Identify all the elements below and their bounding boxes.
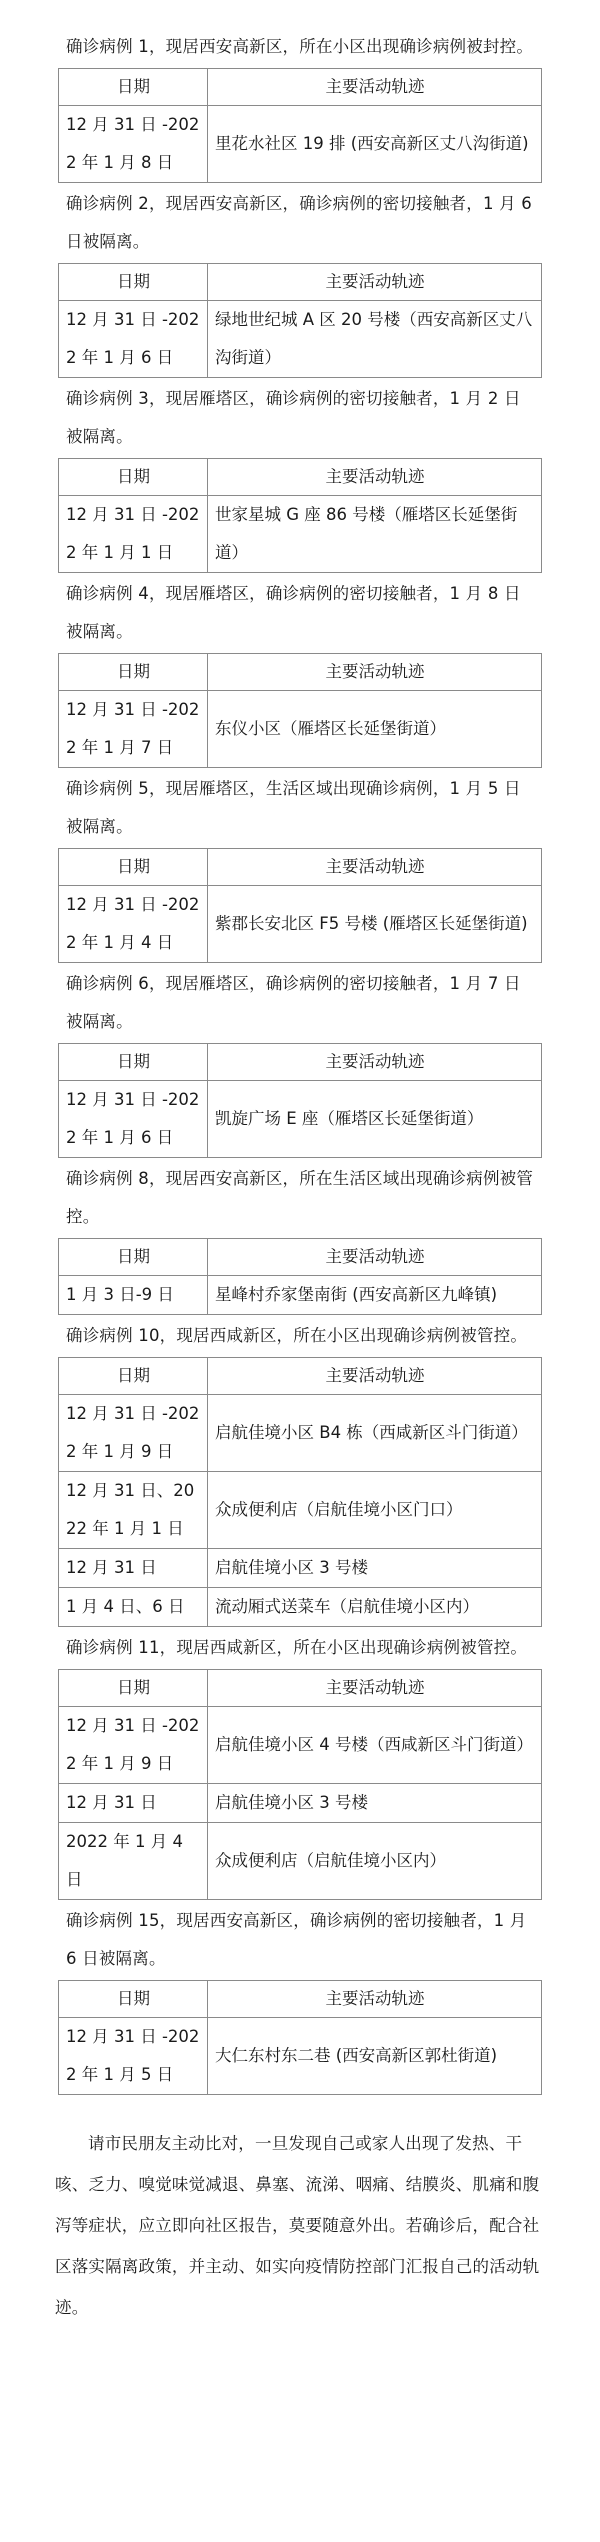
date-cell: 12 月 31 日 -2022 年 1 月 6 日	[59, 1081, 208, 1158]
table-row: 12 月 31 日 -2022 年 1 月 6 日 凯旋广场 E 座（雁塔区长延…	[59, 1081, 542, 1158]
track-column-header: 主要活动轨迹	[208, 69, 542, 106]
activity-table: 日期 主要活动轨迹 12 月 31 日 -2022 年 1 月 6 日 凯旋广场…	[58, 1043, 542, 1158]
case-intro: 确诊病例 6，现居雁塔区，确诊病例的密切接触者，1 月 7 日被隔离。	[66, 965, 534, 1041]
activity-table: 日期 主要活动轨迹 12 月 31 日 -2022 年 1 月 1 日 世家星城…	[58, 458, 542, 573]
table-header-row: 日期 主要活动轨迹	[59, 849, 542, 886]
activity-table: 日期 主要活动轨迹 12 月 31 日 -2022 年 1 月 5 日 大仁东村…	[58, 1980, 542, 2095]
case-section: 确诊病例 15，现居西安高新区，确诊病例的密切接触者，1 月 6 日被隔离。 日…	[0, 1902, 600, 2095]
table-row: 1 月 3 日-9 日 星峰村乔家堡南街 (西安高新区九峰镇)	[59, 1276, 542, 1315]
table-row: 12 月 31 日 -2022 年 1 月 6 日 绿地世纪城 A 区 20 号…	[59, 301, 542, 378]
activity-table: 日期 主要活动轨迹 12 月 31 日 -2022 年 1 月 9 日 启航佳境…	[58, 1357, 542, 1627]
location-cell: 星峰村乔家堡南街 (西安高新区九峰镇)	[208, 1276, 542, 1315]
location-cell: 启航佳境小区 3 号楼	[208, 1549, 542, 1588]
location-cell: 大仁东村东二巷 (西安高新区郭杜街道)	[208, 2018, 542, 2095]
case-intro: 确诊病例 1，现居西安高新区，所在小区出现确诊病例被封控。	[66, 28, 534, 66]
case-section: 确诊病例 6，现居雁塔区，确诊病例的密切接触者，1 月 7 日被隔离。 日期 主…	[0, 965, 600, 1158]
case-intro: 确诊病例 4，现居雁塔区，确诊病例的密切接触者，1 月 8 日被隔离。	[66, 575, 534, 651]
table-header-row: 日期 主要活动轨迹	[59, 1981, 542, 2018]
table-header-row: 日期 主要活动轨迹	[59, 1044, 542, 1081]
date-column-header: 日期	[59, 1239, 208, 1276]
table-row: 12 月 31 日 启航佳境小区 3 号楼	[59, 1549, 542, 1588]
track-column-header: 主要活动轨迹	[208, 1981, 542, 2018]
date-cell: 12 月 31 日 -2022 年 1 月 5 日	[59, 2018, 208, 2095]
activity-table: 日期 主要活动轨迹 12 月 31 日 -2022 年 1 月 7 日 东仪小区…	[58, 653, 542, 768]
location-cell: 流动厢式送菜车（启航佳境小区内）	[208, 1588, 542, 1627]
track-column-header: 主要活动轨迹	[208, 849, 542, 886]
table-row: 12 月 31 日、2022 年 1 月 1 日 众成便利店（启航佳境小区门口）	[59, 1472, 542, 1549]
case-intro: 确诊病例 3，现居雁塔区，确诊病例的密切接触者，1 月 2 日被隔离。	[66, 380, 534, 456]
date-cell: 12 月 31 日 -2022 年 1 月 7 日	[59, 691, 208, 768]
table-row: 12 月 31 日 -2022 年 1 月 8 日 里花水社区 19 排 (西安…	[59, 106, 542, 183]
location-cell: 里花水社区 19 排 (西安高新区丈八沟街道)	[208, 106, 542, 183]
table-row: 12 月 31 日 -2022 年 1 月 4 日 紫郡长安北区 F5 号楼 (…	[59, 886, 542, 963]
activity-table: 日期 主要活动轨迹 12 月 31 日 -2022 年 1 月 4 日 紫郡长安…	[58, 848, 542, 963]
date-cell: 1 月 3 日-9 日	[59, 1276, 208, 1315]
table-row: 1 月 4 日、6 日 流动厢式送菜车（启航佳境小区内）	[59, 1588, 542, 1627]
date-cell: 12 月 31 日 -2022 年 1 月 9 日	[59, 1707, 208, 1784]
track-column-header: 主要活动轨迹	[208, 264, 542, 301]
location-cell: 启航佳境小区 4 号楼（西咸新区斗门街道）	[208, 1707, 542, 1784]
location-cell: 凯旋广场 E 座（雁塔区长延堡街道）	[208, 1081, 542, 1158]
table-header-row: 日期 主要活动轨迹	[59, 1358, 542, 1395]
case-intro: 确诊病例 15，现居西安高新区，确诊病例的密切接触者，1 月 6 日被隔离。	[66, 1902, 534, 1978]
location-cell: 众成便利店（启航佳境小区内）	[208, 1823, 542, 1900]
date-cell: 12 月 31 日、2022 年 1 月 1 日	[59, 1472, 208, 1549]
case-intro: 确诊病例 10，现居西咸新区，所在小区出现确诊病例被管控。	[66, 1317, 534, 1355]
case-section: 确诊病例 8，现居西安高新区，所在生活区域出现确诊病例被管控。 日期 主要活动轨…	[0, 1160, 600, 1315]
case-section: 确诊病例 4，现居雁塔区，确诊病例的密切接触者，1 月 8 日被隔离。 日期 主…	[0, 575, 600, 768]
case-section: 确诊病例 11，现居西咸新区，所在小区出现确诊病例被管控。 日期 主要活动轨迹 …	[0, 1629, 600, 1900]
activity-table: 日期 主要活动轨迹 12 月 31 日 -2022 年 1 月 9 日 启航佳境…	[58, 1669, 542, 1900]
table-header-row: 日期 主要活动轨迹	[59, 264, 542, 301]
date-column-header: 日期	[59, 1358, 208, 1395]
date-cell: 1 月 4 日、6 日	[59, 1588, 208, 1627]
document-page: 确诊病例 1，现居西安高新区，所在小区出现确诊病例被封控。 日期 主要活动轨迹 …	[0, 0, 600, 2358]
date-column-header: 日期	[59, 69, 208, 106]
case-intro: 确诊病例 5，现居雁塔区，生活区域出现确诊病例，1 月 5 日被隔离。	[66, 770, 534, 846]
date-cell: 2022 年 1 月 4 日	[59, 1823, 208, 1900]
table-row: 12 月 31 日 -2022 年 1 月 1 日 世家星城 G 座 86 号楼…	[59, 496, 542, 573]
track-column-header: 主要活动轨迹	[208, 1044, 542, 1081]
table-header-row: 日期 主要活动轨迹	[59, 654, 542, 691]
table-header-row: 日期 主要活动轨迹	[59, 1239, 542, 1276]
case-intro: 确诊病例 11，现居西咸新区，所在小区出现确诊病例被管控。	[66, 1629, 534, 1667]
table-header-row: 日期 主要活动轨迹	[59, 69, 542, 106]
track-column-header: 主要活动轨迹	[208, 654, 542, 691]
case-section: 确诊病例 2，现居西安高新区，确诊病例的密切接触者，1 月 6 日被隔离。 日期…	[0, 185, 600, 378]
activity-table: 日期 主要活动轨迹 12 月 31 日 -2022 年 1 月 6 日 绿地世纪…	[58, 263, 542, 378]
location-cell: 启航佳境小区 3 号楼	[208, 1784, 542, 1823]
case-section: 确诊病例 10，现居西咸新区，所在小区出现确诊病例被管控。 日期 主要活动轨迹 …	[0, 1317, 600, 1627]
location-cell: 紫郡长安北区 F5 号楼 (雁塔区长延堡街道)	[208, 886, 542, 963]
location-cell: 世家星城 G 座 86 号楼（雁塔区长延堡街道）	[208, 496, 542, 573]
track-column-header: 主要活动轨迹	[208, 1670, 542, 1707]
case-section: 确诊病例 5，现居雁塔区，生活区域出现确诊病例，1 月 5 日被隔离。 日期 主…	[0, 770, 600, 963]
table-row: 12 月 31 日 -2022 年 1 月 9 日 启航佳境小区 B4 栋（西咸…	[59, 1395, 542, 1472]
location-cell: 启航佳境小区 B4 栋（西咸新区斗门街道）	[208, 1395, 542, 1472]
table-row: 12 月 31 日 -2022 年 1 月 7 日 东仪小区（雁塔区长延堡街道）	[59, 691, 542, 768]
date-cell: 12 月 31 日 -2022 年 1 月 4 日	[59, 886, 208, 963]
date-cell: 12 月 31 日	[59, 1784, 208, 1823]
date-column-header: 日期	[59, 264, 208, 301]
table-row: 12 月 31 日 -2022 年 1 月 9 日 启航佳境小区 4 号楼（西咸…	[59, 1707, 542, 1784]
location-cell: 绿地世纪城 A 区 20 号楼（西安高新区丈八沟街道）	[208, 301, 542, 378]
date-column-header: 日期	[59, 459, 208, 496]
table-row: 2022 年 1 月 4 日 众成便利店（启航佳境小区内）	[59, 1823, 542, 1900]
date-cell: 12 月 31 日 -2022 年 1 月 9 日	[59, 1395, 208, 1472]
date-column-header: 日期	[59, 1044, 208, 1081]
case-intro: 确诊病例 2，现居西安高新区，确诊病例的密切接触者，1 月 6 日被隔离。	[66, 185, 534, 261]
track-column-header: 主要活动轨迹	[208, 1239, 542, 1276]
date-column-header: 日期	[59, 1981, 208, 2018]
table-row: 12 月 31 日 -2022 年 1 月 5 日 大仁东村东二巷 (西安高新区…	[59, 2018, 542, 2095]
date-column-header: 日期	[59, 1670, 208, 1707]
date-cell: 12 月 31 日 -2022 年 1 月 8 日	[59, 106, 208, 183]
date-cell: 12 月 31 日 -2022 年 1 月 6 日	[59, 301, 208, 378]
date-column-header: 日期	[59, 654, 208, 691]
table-row: 12 月 31 日 启航佳境小区 3 号楼	[59, 1784, 542, 1823]
date-column-header: 日期	[59, 849, 208, 886]
case-intro: 确诊病例 8，现居西安高新区，所在生活区域出现确诊病例被管控。	[66, 1160, 534, 1236]
date-cell: 12 月 31 日	[59, 1549, 208, 1588]
track-column-header: 主要活动轨迹	[208, 459, 542, 496]
closing-advisory: 请市民朋友主动比对，一旦发现自己或家人出现了发热、干咳、乏力、嗅觉味觉减退、鼻塞…	[55, 2123, 545, 2328]
track-column-header: 主要活动轨迹	[208, 1358, 542, 1395]
table-header-row: 日期 主要活动轨迹	[59, 1670, 542, 1707]
activity-table: 日期 主要活动轨迹 1 月 3 日-9 日 星峰村乔家堡南街 (西安高新区九峰镇…	[58, 1238, 542, 1315]
activity-table: 日期 主要活动轨迹 12 月 31 日 -2022 年 1 月 8 日 里花水社…	[58, 68, 542, 183]
case-section: 确诊病例 3，现居雁塔区，确诊病例的密切接触者，1 月 2 日被隔离。 日期 主…	[0, 380, 600, 573]
table-header-row: 日期 主要活动轨迹	[59, 459, 542, 496]
location-cell: 众成便利店（启航佳境小区门口）	[208, 1472, 542, 1549]
location-cell: 东仪小区（雁塔区长延堡街道）	[208, 691, 542, 768]
case-section: 确诊病例 1，现居西安高新区，所在小区出现确诊病例被封控。 日期 主要活动轨迹 …	[0, 28, 600, 183]
date-cell: 12 月 31 日 -2022 年 1 月 1 日	[59, 496, 208, 573]
